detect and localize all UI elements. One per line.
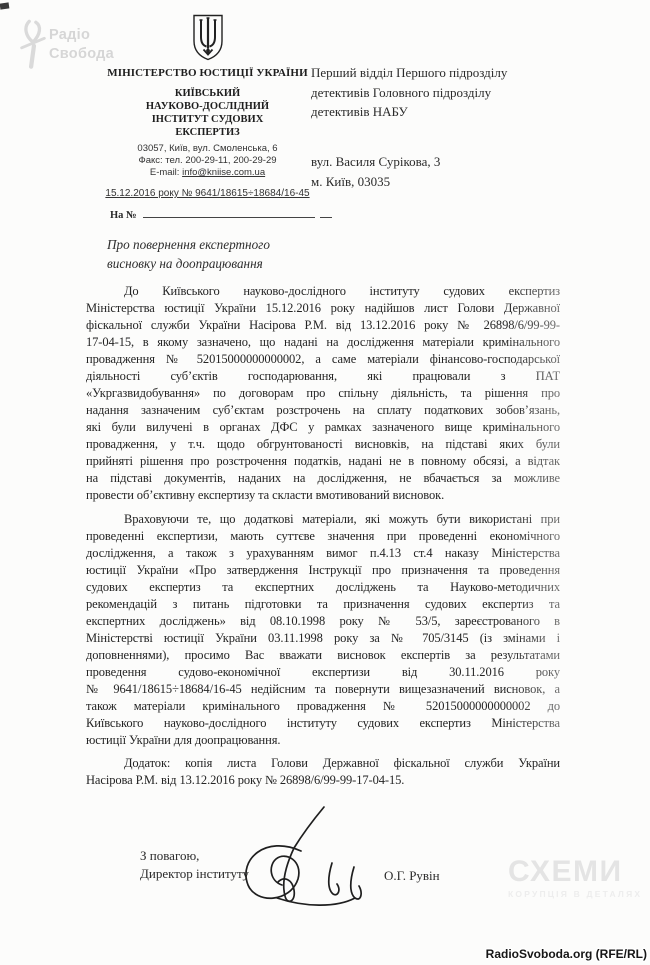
body-line: діяльності суб’єктів господарювання, які… xyxy=(86,368,560,385)
body-line: доповненнями), просимо Вас вважати висно… xyxy=(86,647,560,664)
body-line: проведенні експертизи, мають суттєве зна… xyxy=(86,528,560,545)
institute-name-line: ЕКСПЕРТИЗ xyxy=(105,126,310,139)
institute-contacts: 03057, Київ, вул. Смоленська, 6 Факс: те… xyxy=(105,143,310,179)
body-line: провадження, у т.ч. щодо обгрунтованості… xyxy=(86,436,560,453)
body-line: на підставі документів, наданих на дослі… xyxy=(86,470,560,487)
recipient-city: м. Київ, 03035 xyxy=(311,172,440,192)
torch-icon xyxy=(16,19,50,69)
attachment-note: Додаток: копія листа Голови Державної фі… xyxy=(86,755,560,789)
scanned-letter-page: Радіо Свобода МІНІСТЕРСТВО ЮСТИЦІЇ УКРАЇ… xyxy=(0,0,650,965)
trident-emblem-icon xyxy=(191,14,225,61)
body-line: провести об’єктивну експертизу та скласт… xyxy=(86,487,560,504)
recipient-line: Перший відділ Першого підрозділу xyxy=(311,63,507,83)
body-line: «Укргазвидобування» по договорам про спі… xyxy=(86,385,560,402)
subject-line: висновку на доопрацювання xyxy=(107,255,270,274)
email-address: info@kniise.com.ua xyxy=(182,167,265,178)
signature-handwriting xyxy=(224,801,392,919)
reference-number-line: На № xyxy=(110,207,332,221)
subject-line: Про повернення експертного xyxy=(107,236,270,255)
email-label: E-mail: xyxy=(150,167,180,178)
body-paragraph-1: До Київського науково-дослідного інститу… xyxy=(86,283,560,504)
institute-name: КИЇВСЬКИЙ НАУКОВО-ДОСЛІДНИЙ ІНСТИТУТ СУД… xyxy=(105,87,310,139)
institute-name-line: ІНСТИТУТ СУДОВИХ xyxy=(105,113,310,126)
address-line: 03057, Київ, вул. Смоленська, 6 xyxy=(105,143,310,155)
body-line: 17-04-15, в якому зазначено, що надані н… xyxy=(86,334,560,351)
body-line: провадження № 52015000000000002, а саме … xyxy=(86,351,560,368)
body-line: також матеріали кримінального провадженн… xyxy=(86,698,560,715)
body-line: юстиції України для доопрацювання. xyxy=(86,732,560,749)
schemes-title: СХЕМИ xyxy=(508,857,642,887)
body-line: які були вилучені в органах ДФС у рамках… xyxy=(86,419,560,436)
body-line: надання зазначеним суб’єктам розстрочень… xyxy=(86,402,560,419)
reference-blank xyxy=(143,207,315,218)
body-line: прийняті рішення про розстрочення податк… xyxy=(86,453,560,470)
recipient-line: детективів НАБУ xyxy=(311,102,507,122)
recipient-line: детективів Головного підрозділу xyxy=(311,83,507,103)
recipient-address: вул. Василя Сурікова, 3 м. Київ, 03035 xyxy=(311,152,440,191)
signatory-name: О.Г. Рувін xyxy=(384,868,440,884)
schemes-subtitle: КОРУПЦІЯ В ДЕТАЛЯХ xyxy=(508,889,642,899)
ministry-title: МІНІСТЕРСТВО ЮСТИЦІЇ УКРАЇНИ xyxy=(105,67,310,79)
scan-artifact xyxy=(0,2,9,9)
institute-name-line: НАУКОВО-ДОСЛІДНИЙ xyxy=(105,100,310,113)
recipient-street: вул. Василя Сурікова, 3 xyxy=(311,152,440,172)
body-line: Київського науково-дослідного інституту … xyxy=(86,715,560,732)
body-line: Враховуючи те, що додаткові матеріали, я… xyxy=(86,511,560,528)
fax-line: Факс: тел. 200-29-11, 200-29-29 xyxy=(105,155,310,167)
email-line: E-mail: info@kniise.com.ua xyxy=(105,167,310,179)
body-paragraph-2: Враховуючи те, що додаткові матеріали, я… xyxy=(86,511,560,749)
body-line: юстиції України «Про затвердження Інстру… xyxy=(86,562,560,579)
body-line: До Київського науково-дослідного інститу… xyxy=(86,283,560,300)
recipient-block: Перший відділ Першого підрозділу детекти… xyxy=(311,63,507,122)
body-line: експертних досліджень» від 08.10.1998 ро… xyxy=(86,613,560,630)
credit-badge: RadioSvoboda.org (RFE/RL) xyxy=(486,947,647,961)
attachment-line: Насірова Р.М. від 13.12.2016 року № 2689… xyxy=(86,772,560,789)
letterhead: МІНІСТЕРСТВО ЮСТИЦІЇ УКРАЇНИ КИЇВСЬКИЙ Н… xyxy=(105,14,310,199)
body-line: Міністерстві юстиції України 03.11.1998 … xyxy=(86,630,560,647)
subject: Про повернення експертного висновку на д… xyxy=(107,236,270,273)
outgoing-reference: 15.12.2016 року № 9641/18615÷18684/16-45 xyxy=(105,188,310,199)
body-line: судових експертиз та експертних дослідже… xyxy=(86,579,560,596)
body-line: фіскальної служби України Насірова Р.М. … xyxy=(86,317,560,334)
schemes-watermark: СХЕМИ КОРУПЦІЯ В ДЕТАЛЯХ xyxy=(508,857,642,899)
body-line: дослідження, а також з урахуванням вимог… xyxy=(86,545,560,562)
reference-label: На № xyxy=(110,210,137,221)
body-line: рекомендацій з питань підготовки та приз… xyxy=(86,596,560,613)
body-line: № 9641/18615÷18684/16-45 недійсним та по… xyxy=(86,681,560,698)
attachment-line: Додаток: копія листа Голови Державної фі… xyxy=(86,755,560,772)
body-line: Міністерства юстиції України 15.12.2016 … xyxy=(86,300,560,317)
reference-blank xyxy=(320,207,332,218)
institute-name-line: КИЇВСЬКИЙ xyxy=(105,87,310,100)
body-line: проведення судово-економічної експертизи… xyxy=(86,664,560,681)
